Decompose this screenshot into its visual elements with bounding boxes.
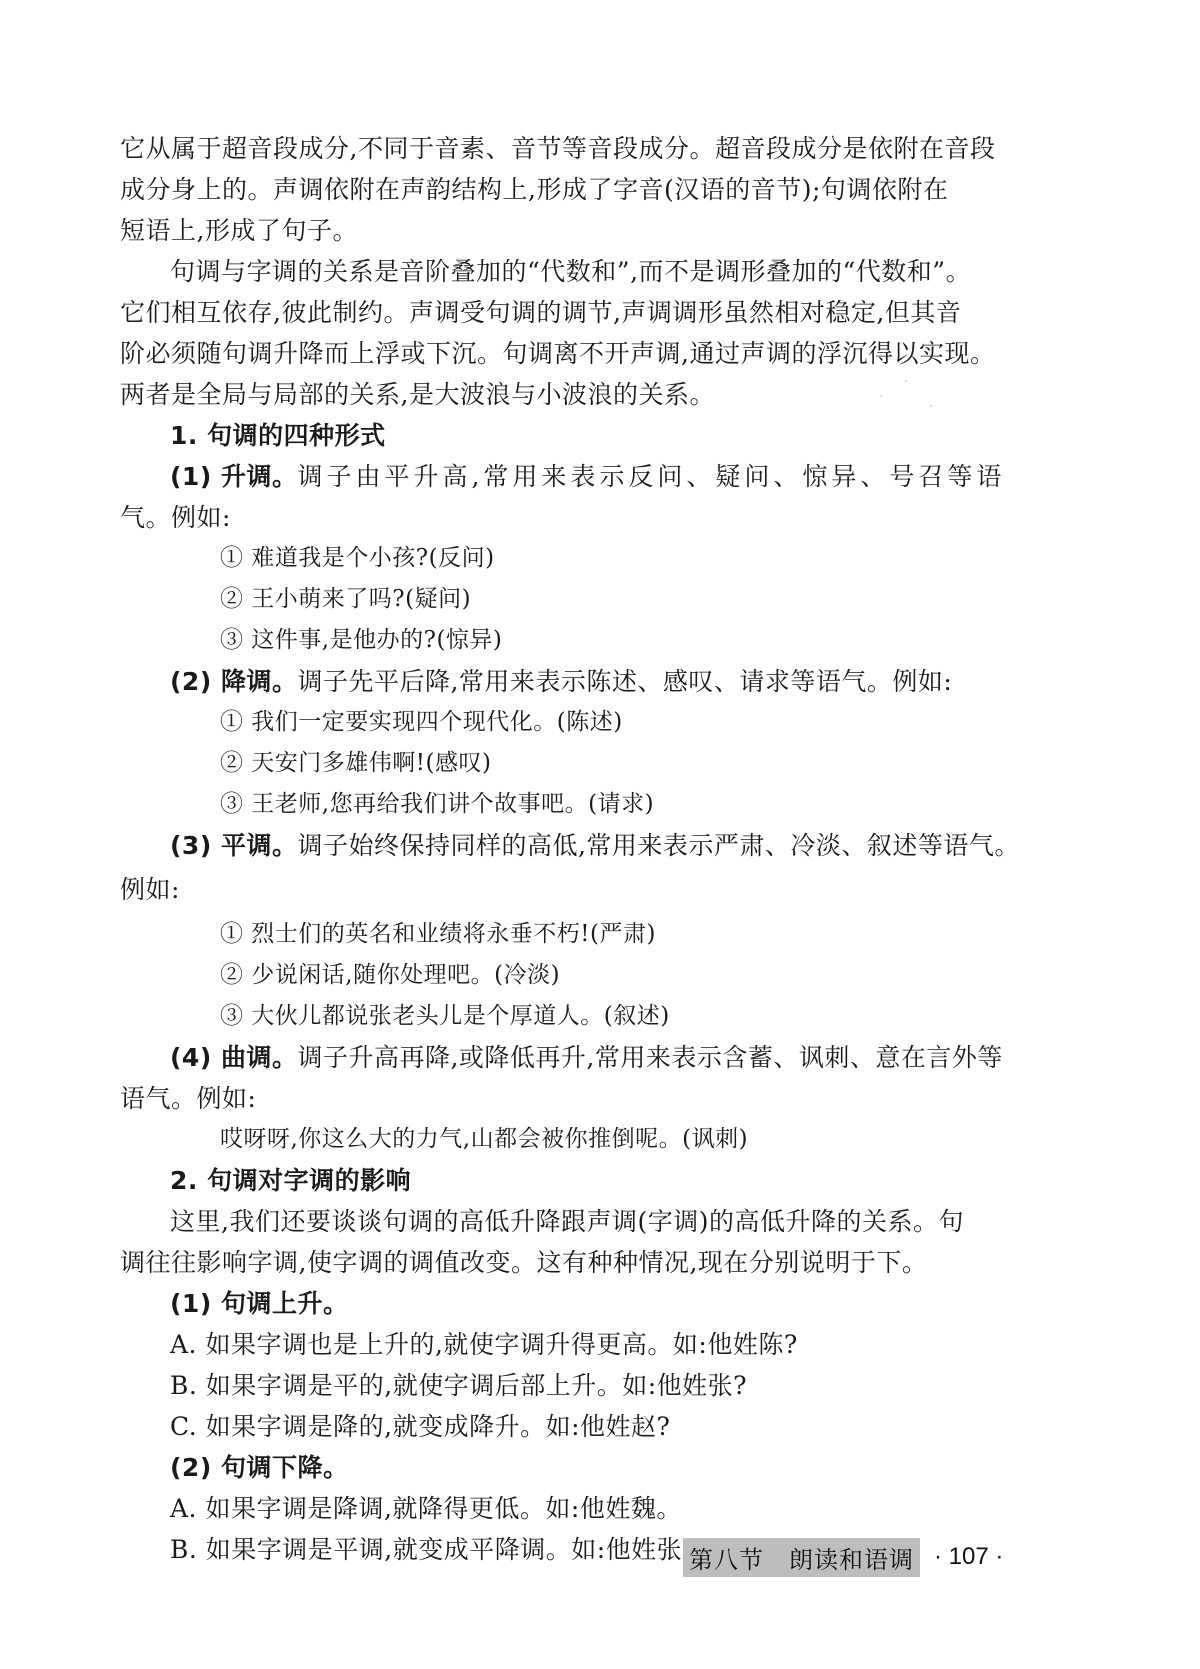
example-item: ① 难道我是个小孩?(反问)	[120, 538, 1030, 579]
falling-tone-text: 调子先平后降,常用来表示陈述、感叹、请求等语气。例如:	[297, 667, 952, 696]
list-item: A. 如果字调也是上升的,就使字调升得更高。如:他姓陈?	[120, 1324, 1030, 1365]
paragraph-1: 它从属于超音段成分,不同于音素、音节等音段成分。超音段成分是依附在音段 成分身上…	[120, 128, 1030, 251]
text-line: 它从属于超音段成分,不同于音素、音节等音段成分。超音段成分是依附在音段	[120, 128, 1030, 169]
section-1: 1. 句调的四种形式 (1) 升调。调子由平升高,常用来表示反问、疑问、惊异、号…	[120, 415, 1030, 1160]
text-line: 气。例如:	[120, 497, 1030, 538]
example-item: ③ 这件事,是他办的?(惊异)	[120, 620, 1030, 661]
level-tone-line: (3) 平调。调子始终保持同样的高低,常用来表示严肃、冷淡、叙述等语气。	[120, 825, 1030, 866]
rising-tone-label: (1) 升调。	[170, 462, 297, 491]
rising-tone-line: (1) 升调。调子由平升高,常用来表示反问、疑问、惊异、号召等语	[120, 456, 1030, 497]
level-tone-text: 调子始终保持同样的高低,常用来表示严肃、冷淡、叙述等语气。	[297, 831, 1019, 860]
list-item: B. 如果字调是平的,就使字调后部上升。如:他姓张?	[120, 1365, 1030, 1406]
scan-speck	[880, 395, 882, 397]
text-line: 它们相互依存,彼此制约。声调受句调的调节,声调调形虽然相对稳定,但其音	[120, 292, 1030, 333]
running-section-title: 第八节 朗读和语调	[683, 1538, 920, 1577]
text-line: 短语上,形成了句子。	[120, 210, 1030, 251]
example-item: ③ 王老师,您再给我们讲个故事吧。(请求)	[120, 784, 1030, 825]
text-line: 例如:	[120, 866, 1030, 914]
level-tone-label: (3) 平调。	[170, 831, 297, 860]
page-number: · 107 ·	[934, 1543, 1003, 1571]
example-item: 哎呀呀,你这么大的力气,山都会被你推倒呢。(讽刺)	[120, 1119, 1030, 1160]
text-line: 成分身上的。声调依附在声韵结构上,形成了字音(汉语的音节);句调依附在	[120, 169, 1030, 210]
scan-speck	[905, 380, 907, 382]
section-2: 2. 句调对字调的影响 这里,我们还要谈谈句调的高低升降跟声调(字调)的高低升降…	[120, 1160, 1030, 1570]
example-item: ① 我们一定要实现四个现代化。(陈述)	[120, 702, 1030, 743]
example-item: ② 天安门多雄伟啊!(感叹)	[120, 743, 1030, 784]
text-line: 阶必须随句调升降而上浮或下沉。句调离不开声调,通过声调的浮沉得以实现。	[120, 333, 1030, 374]
text-line: 这里,我们还要谈谈句调的高低升降跟声调(字调)的高低升降的关系。句	[120, 1201, 1030, 1242]
example-item: ① 烈士们的英名和业绩将永垂不朽!(严肃)	[120, 914, 1030, 955]
curved-tone-text: 调子升高再降,或降低再升,常用来表示含蓄、讽刺、意在言外等	[297, 1043, 1002, 1072]
paragraph-2: 句调与字调的关系是音阶叠加的“代数和”,而不是调形叠加的“代数和”。 它们相互依…	[120, 251, 1030, 415]
rising-tone-text: 调子由平升高,常用来表示反问、疑问、惊异、号召等语	[297, 462, 1005, 491]
text-line: 两者是全局与局部的关系,是大波浪与小波浪的关系。	[120, 374, 1030, 415]
example-item: ② 少说闲话,随你处理吧。(冷淡)	[120, 955, 1030, 996]
section-heading: 2. 句调对字调的影响	[120, 1160, 1030, 1201]
list-item: C. 如果字调是降的,就变成降升。如:他姓赵?	[120, 1406, 1030, 1447]
example-item: ② 王小萌来了吗?(疑问)	[120, 579, 1030, 620]
falling-tone-line: (2) 降调。调子先平后降,常用来表示陈述、感叹、请求等语气。例如:	[120, 661, 1030, 702]
page-footer: 第八节 朗读和语调 · 107 ·	[683, 1538, 1003, 1576]
section-heading: 1. 句调的四种形式	[120, 415, 1030, 456]
falling-tone-label: (2) 降调。	[170, 667, 297, 696]
sentence-rise-label: (1) 句调上升。	[120, 1283, 1030, 1324]
sentence-fall-label: (2) 句调下降。	[120, 1447, 1030, 1488]
text-line: 句调与字调的关系是音阶叠加的“代数和”,而不是调形叠加的“代数和”。	[120, 251, 1030, 292]
curved-tone-line: (4) 曲调。调子升高再降,或降低再升,常用来表示含蓄、讽刺、意在言外等	[120, 1037, 1030, 1078]
page-body: 它从属于超音段成分,不同于音素、音节等音段成分。超音段成分是依附在音段 成分身上…	[120, 128, 1030, 1570]
text-line: 语气。例如:	[120, 1078, 1030, 1119]
curved-tone-label: (4) 曲调。	[170, 1043, 297, 1072]
scan-speck	[930, 405, 932, 407]
example-item: ③ 大伙儿都说张老头儿是个厚道人。(叙述)	[120, 996, 1030, 1037]
list-item: A. 如果字调是降调,就降得更低。如:他姓魏。	[120, 1488, 1030, 1529]
text-line: 调往往影响字调,使字调的调值改变。这有种种情况,现在分别说明于下。	[120, 1242, 1030, 1283]
